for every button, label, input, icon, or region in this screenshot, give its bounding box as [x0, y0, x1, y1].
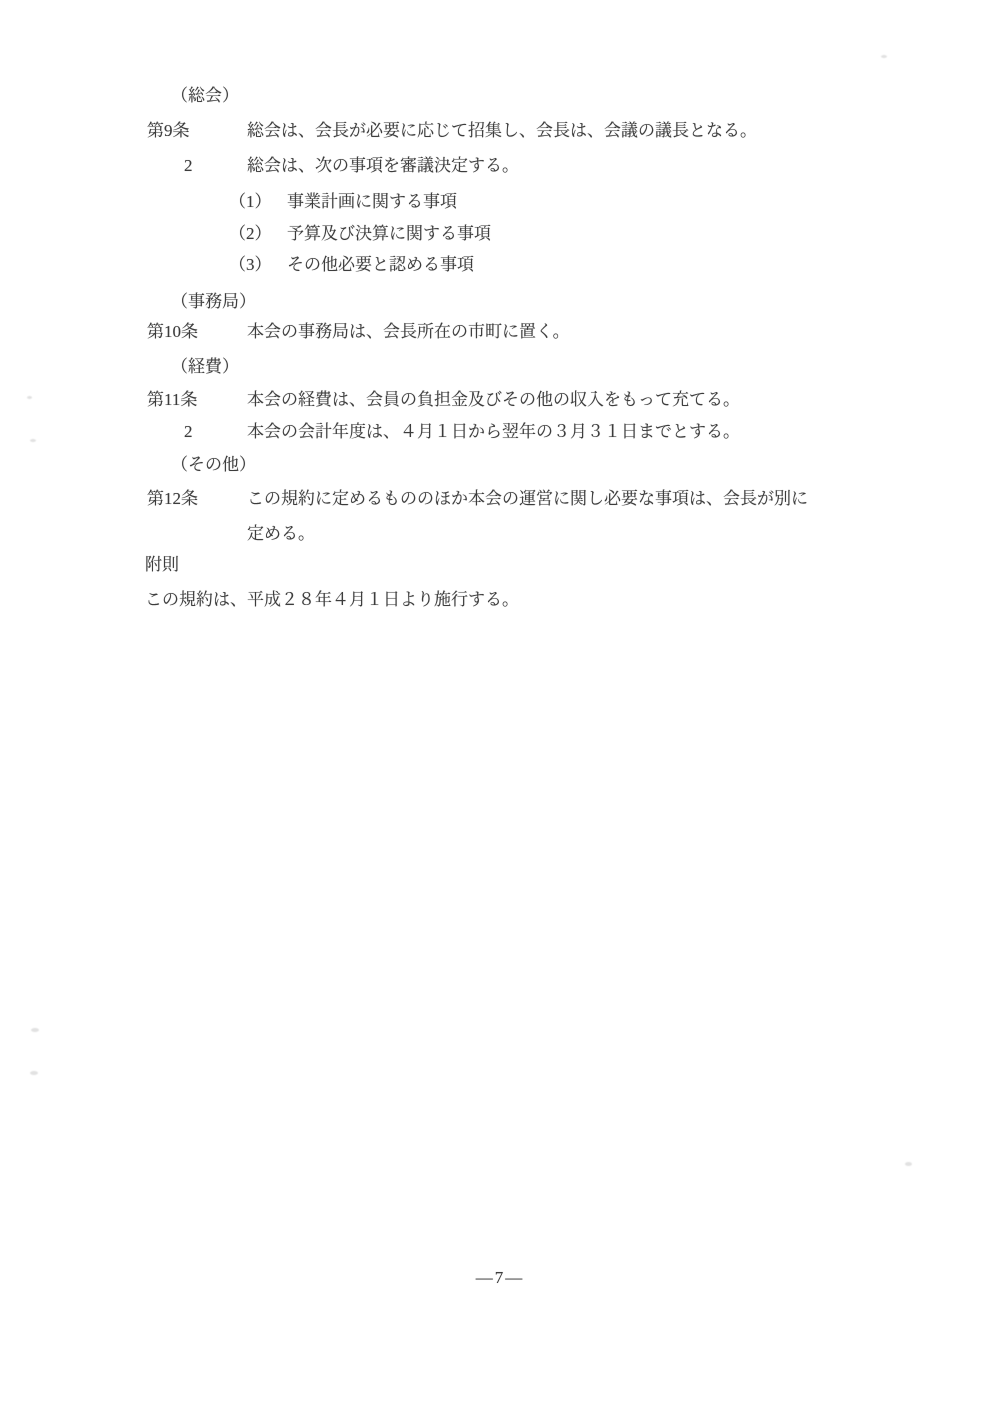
enforcement-date-line: この規約は、平成２８年４月１日より施行する。: [0, 589, 1000, 613]
article-11-paragraph-2-line: 2 本会の会計年度は、４月１日から翌年の３月３１日までとする。: [0, 421, 1000, 445]
section-heading-text: （総会）: [171, 85, 239, 107]
article-10-line: 第10条 本会の事務局は、会長所在の市町に置く。: [0, 321, 1000, 345]
section-heading-jimukyoku: （事務局）: [0, 291, 1000, 315]
item-text: 予算及び決算に関する事項: [287, 223, 491, 245]
section-heading-keihi: （経費）: [0, 356, 1000, 380]
section-heading-sonota: （その他）: [0, 454, 1000, 478]
item-number: （2）: [229, 223, 272, 245]
article-12-continuation-line: 定める。: [0, 523, 1000, 547]
page-number: —7—: [0, 1268, 1000, 1288]
item-number: （1）: [229, 191, 272, 213]
article-12-line: 第12条 この規約に定めるもののほか本会の運営に関し必要な事項は、会長が別に: [0, 488, 1000, 512]
paragraph-number: 2: [184, 155, 193, 177]
article-text: 本会の経費は、会員の負担金及びその他の収入をもって充てる。: [247, 389, 740, 411]
article-number: 第9条: [147, 120, 190, 142]
scan-speck: [31, 1028, 39, 1032]
item-2-line: （2） 予算及び決算に関する事項: [0, 223, 1000, 247]
scan-speck: [27, 396, 32, 399]
article-text: 総会は、会長が必要に応じて招集し、会長は、会議の議長となる。: [247, 120, 757, 142]
article-number: 第10条: [147, 321, 198, 343]
item-text: 事業計画に関する事項: [287, 191, 457, 213]
paragraph-number: 2: [184, 421, 193, 443]
article-9-line: 第9条 総会は、会長が必要に応じて招集し、会長は、会議の議長となる。: [0, 120, 1000, 144]
continuation-text: 定める。: [247, 523, 315, 545]
section-heading-text: （経費）: [171, 356, 239, 378]
scan-speck: [30, 1071, 38, 1075]
section-heading-text: （事務局）: [171, 291, 256, 313]
article-11-line: 第11条 本会の経費は、会員の負担金及びその他の収入をもって充てる。: [0, 389, 1000, 413]
enforcement-text: この規約は、平成２８年４月１日より施行する。: [145, 589, 519, 611]
article-text: この規約に定めるもののほか本会の運営に関し必要な事項は、会長が別に: [247, 488, 808, 510]
article-text: 本会の事務局は、会長所在の市町に置く。: [247, 321, 570, 343]
article-9-paragraph-2-line: 2 総会は、次の事項を審議決定する。: [0, 155, 1000, 179]
supplementary-provisions-heading: 附則: [0, 554, 1000, 578]
item-text: その他必要と認める事項: [287, 254, 474, 276]
scan-speck: [30, 439, 36, 442]
paragraph-text: 総会は、次の事項を審議決定する。: [247, 155, 519, 177]
section-heading-soukai: （総会）: [0, 85, 1000, 109]
paragraph-text: 本会の会計年度は、４月１日から翌年の３月３１日までとする。: [247, 421, 740, 443]
scan-speck: [905, 1162, 912, 1166]
scanned-document-page: （総会） 第9条 総会は、会長が必要に応じて招集し、会長は、会議の議長となる。 …: [0, 0, 1000, 1418]
item-1-line: （1） 事業計画に関する事項: [0, 191, 1000, 215]
heading-text: 附則: [145, 554, 179, 576]
item-3-line: （3） その他必要と認める事項: [0, 254, 1000, 278]
article-number: 第12条: [147, 488, 198, 510]
item-number: （3）: [229, 254, 272, 276]
scan-speck: [881, 55, 887, 58]
article-number: 第11条: [147, 389, 197, 411]
section-heading-text: （その他）: [171, 454, 256, 476]
